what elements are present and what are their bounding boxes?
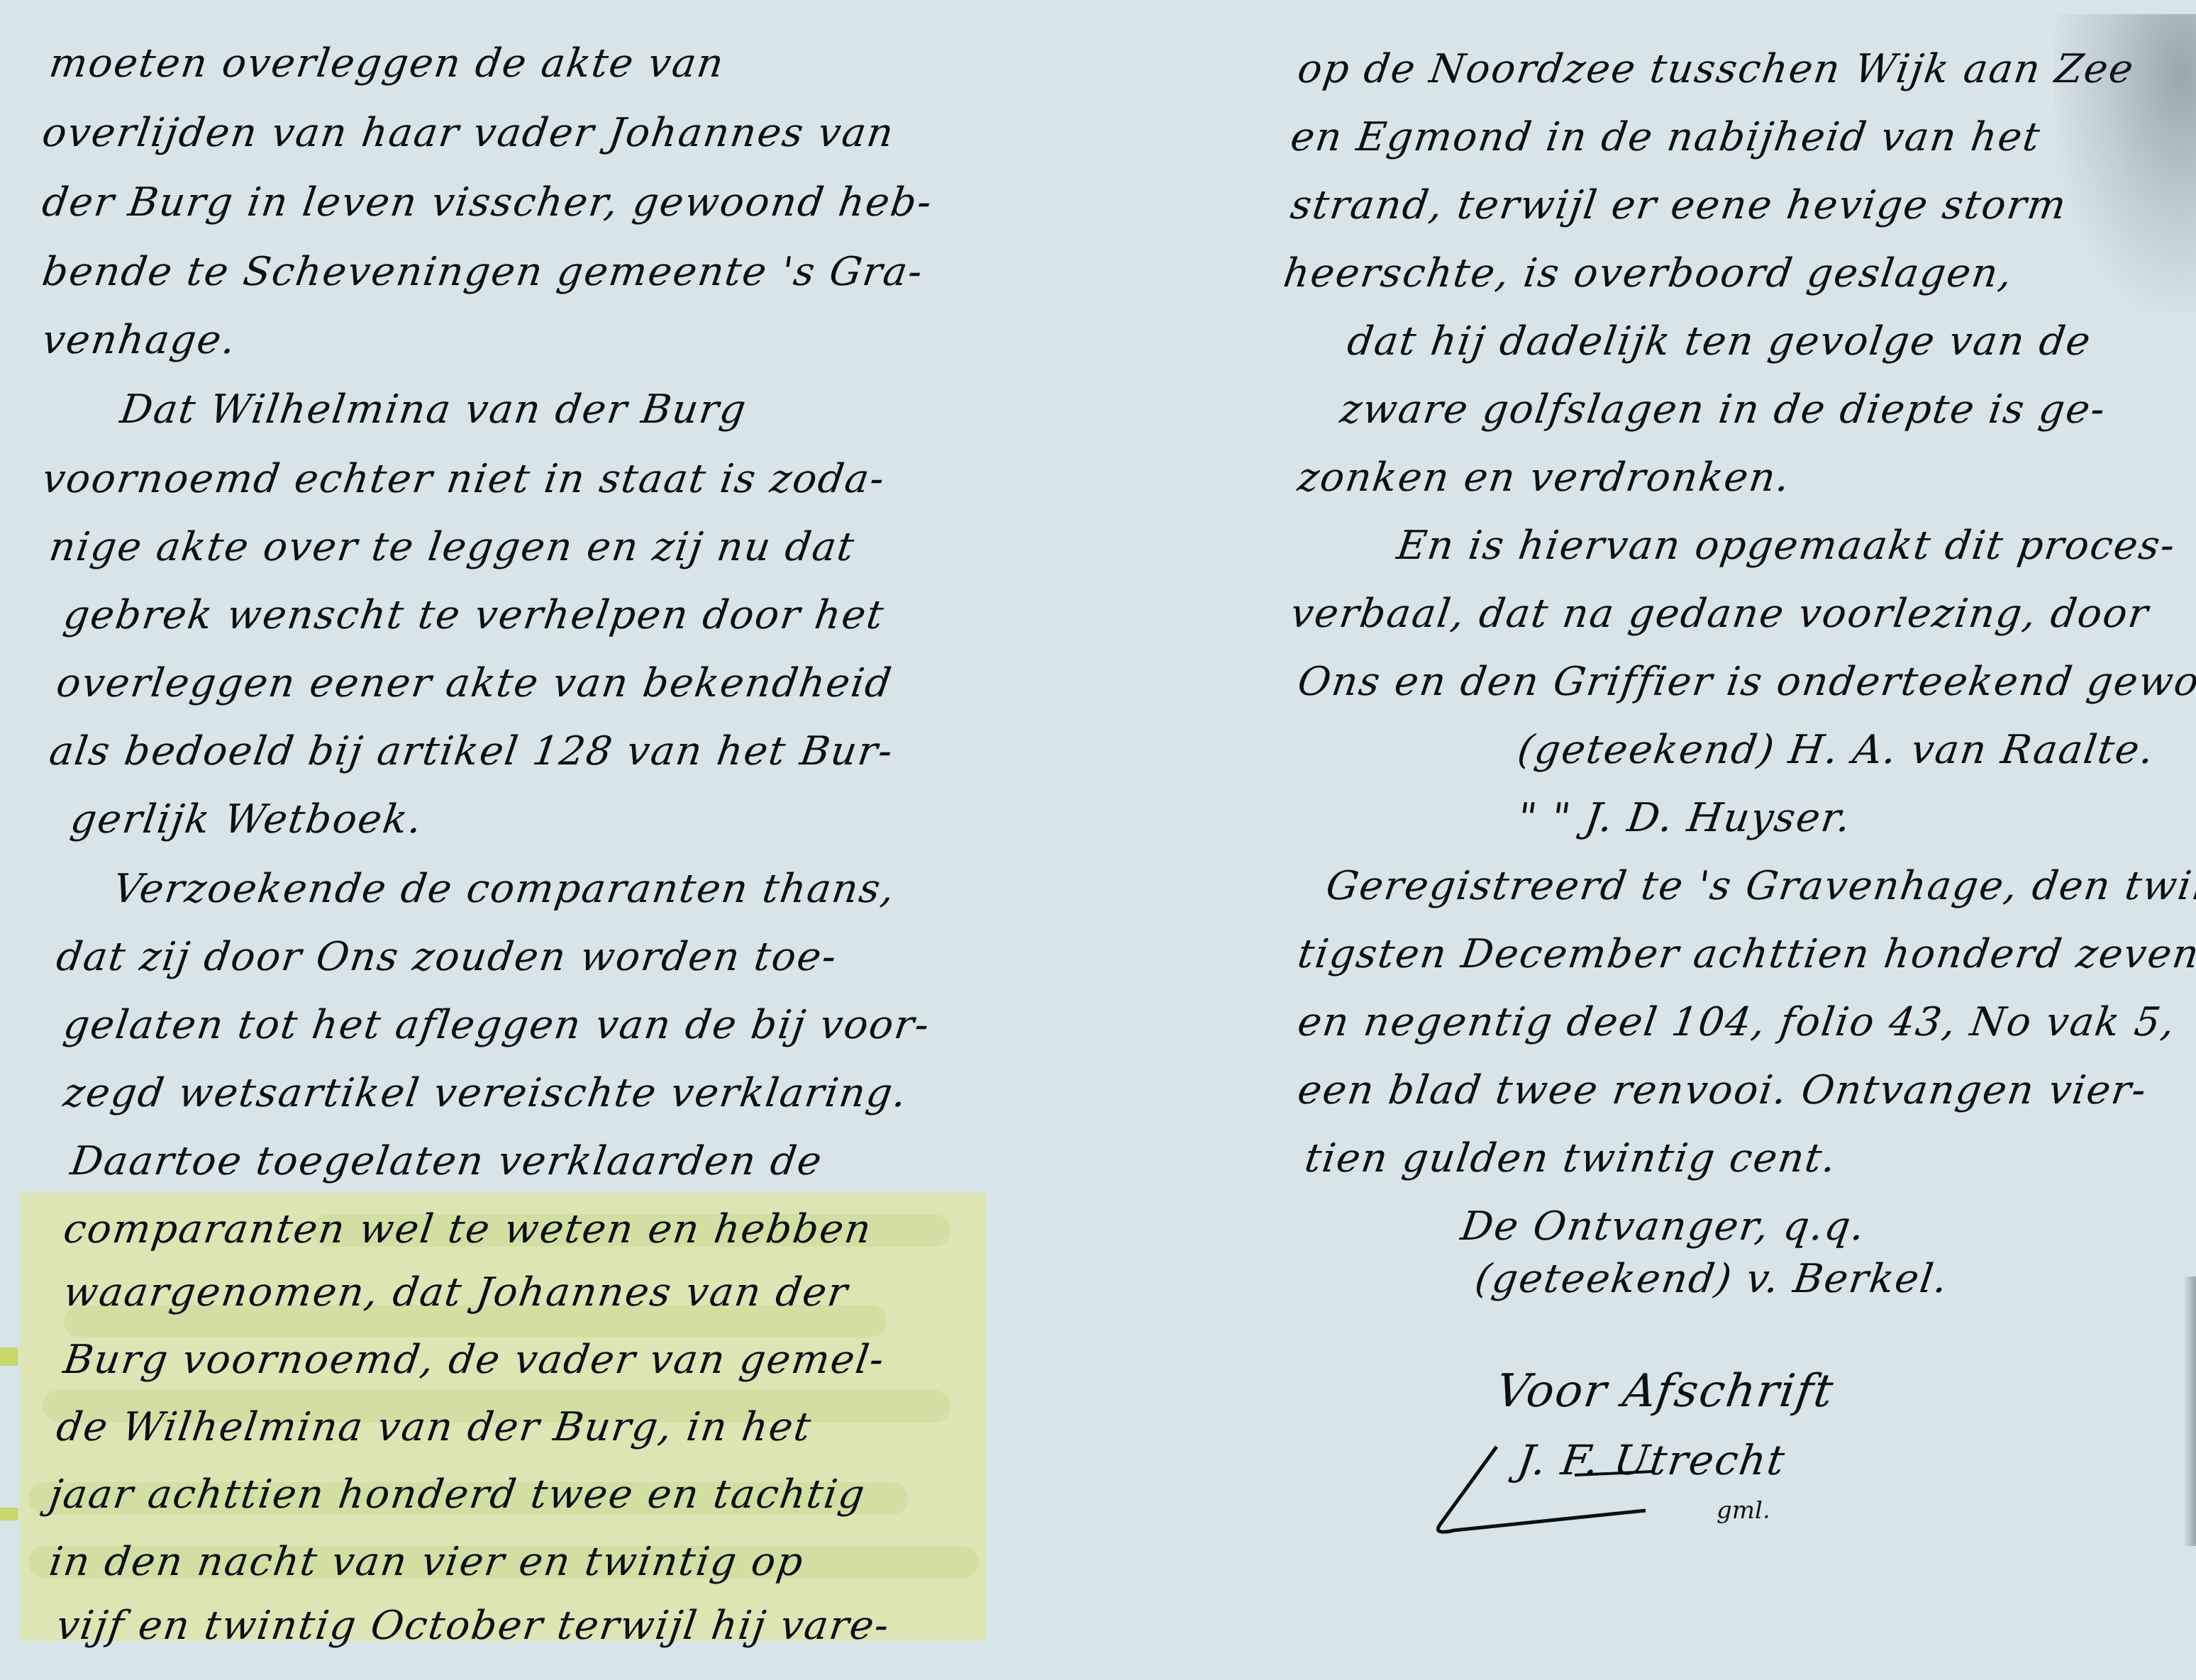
text-line: En is hiervan opgemaakt dit proces- xyxy=(1394,526,2178,566)
left-page: moeten overleggen de akte van overlijden… xyxy=(0,0,1036,1680)
text-line: Dat Wilhelmina van der Burg xyxy=(118,390,750,430)
text-line: gebrek wenscht te verhelpen door het xyxy=(61,596,887,635)
text-line: dat zij door Ons zouden worden toe- xyxy=(54,938,840,977)
text-line: een blad twee renvooi. Ontvangen vier- xyxy=(1295,1071,2150,1111)
highlighted-text-line: vijf en twintig October terwijl hij vare… xyxy=(54,1606,892,1646)
margin-mark xyxy=(0,1347,18,1366)
text-line: tien gulden twintig cent. xyxy=(1302,1139,1839,1179)
highlighted-text-line: Burg voornoemd, de vader van gemel- xyxy=(61,1340,887,1380)
text-line: overleggen eener akte van bekendheid xyxy=(54,664,895,703)
text-line: op de Noordzee tusschen Wijk aan Zee xyxy=(1295,50,2137,89)
text-line: Ons en den Griffier is onderteekend gewo… xyxy=(1295,662,2196,702)
text-line: (geteekend) H. A. van Raalte. xyxy=(1515,730,2157,770)
text-line: moeten overleggen de akte van xyxy=(47,44,727,84)
margin-mark xyxy=(0,1508,18,1520)
text-line: gelaten tot het afleggen van de bij voor… xyxy=(61,1006,933,1045)
text-line: zware golfslagen in de diepte is ge- xyxy=(1338,390,2109,430)
text-line: Verzoekende de comparanten thans, xyxy=(111,869,898,909)
text-line: venhage. xyxy=(40,321,239,360)
highlighted-text-line: waargenomen, dat Johannes van der xyxy=(61,1273,851,1313)
text-line: nige akte over te leggen en zij nu dat xyxy=(47,528,858,567)
text-line: Geregistreerd te 's Gravenhage, den twin… xyxy=(1324,867,2196,906)
text-line: bende te Scheveningen gemeente 's Gra- xyxy=(40,252,926,292)
text-line: en negentig deel 104, folio 43, No vak 5… xyxy=(1295,1003,2178,1042)
text-line: strand, terwijl er eene hevige storm xyxy=(1288,186,2069,226)
text-line: voornoemd echter niet in staat is zoda- xyxy=(40,460,888,499)
highlighted-text-line: de Wilhelmina van der Burg, in het xyxy=(54,1408,814,1447)
text-line: als bedoeld bij artikel 128 van het Bur- xyxy=(47,732,896,772)
signature-suffix: gml. xyxy=(1717,1496,1770,1525)
text-line: Daartoe toegelaten verklaarden de xyxy=(68,1142,825,1181)
text-line: verbaal, dat na gedane voorlezing, door xyxy=(1288,594,2151,634)
text-line: tigsten December achttien honderd zeven xyxy=(1295,935,2196,974)
text-line: heerschte, is overboord geslagen, xyxy=(1281,254,2016,294)
text-line: comparanten wel te weten en hebben xyxy=(61,1210,875,1250)
scan-smudge xyxy=(2054,14,2196,312)
highlighted-text-line: in den nacht van vier en twintig op xyxy=(47,1542,806,1582)
highlighted-text-line: jaar achttien honderd twee en tachtig xyxy=(47,1475,868,1515)
text-line: der Burg in leven visscher, gewoond heb- xyxy=(40,183,935,223)
right-page: op de Noordzee tusschen Wijk aan Zee en … xyxy=(1220,0,2196,1680)
signature-flourish-icon xyxy=(1412,1440,1695,1539)
text-line: gerlijk Wetboek. xyxy=(68,800,426,840)
text-line: De Ontvanger, q.q. xyxy=(1458,1207,1868,1247)
text-line: overlijden van haar vader Johannes van xyxy=(40,113,897,153)
text-line: en Egmond in de nabijheid van het xyxy=(1288,118,2043,157)
text-line: zegd wetsartikel vereischte verklaring. xyxy=(61,1074,910,1113)
closing-text: Voor Afschrift xyxy=(1494,1369,1837,1414)
text-line: (geteekend) v. Berkel. xyxy=(1473,1259,1951,1299)
scan-edge xyxy=(2183,1276,2196,1546)
text-line: dat hij dadelijk ten gevolge van de xyxy=(1345,322,2094,362)
text-line: zonken en verdronken. xyxy=(1295,458,1793,498)
text-line: " " J. D. Huyser. xyxy=(1515,799,1854,838)
